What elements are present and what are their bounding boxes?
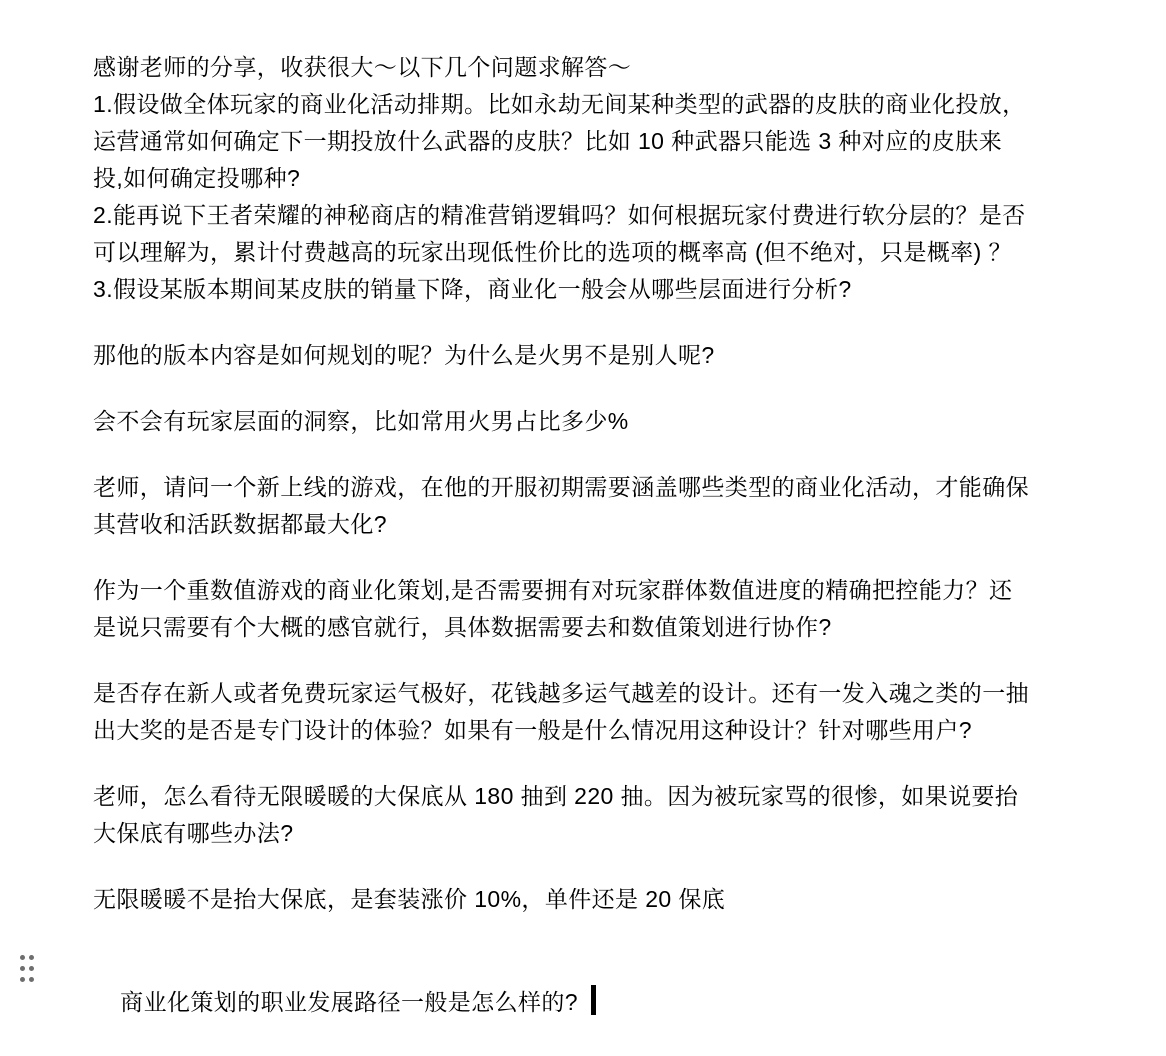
text-cursor: [591, 985, 596, 1015]
text-block[interactable]: 那他的版本内容是如何规划的呢？为什么是火男不是别人呢?: [93, 337, 1030, 374]
text-block[interactable]: 会不会有玩家层面的洞察，比如常用火男占比多少%: [93, 403, 1030, 440]
text-block[interactable]: 无限暖暖不是抬大保底，是套装涨价 10%，单件还是 20 保底: [93, 881, 1030, 918]
text-block[interactable]: 老师，请问一个新上线的游戏，在他的开服初期需要涵盖哪些类型的商业化活动，才能确保…: [93, 469, 1030, 543]
drag-handle-icon[interactable]: [16, 951, 38, 986]
text-block[interactable]: 是否存在新人或者免费玩家运气极好，花钱越多运气越差的设计。还有一发入魂之类的一抽…: [93, 675, 1030, 749]
text-block[interactable]: 感谢老师的分享，收获很大～以下几个问题求解答～ 1.假设做全体玩家的商业化活动排…: [93, 49, 1030, 308]
text-block[interactable]: 老师，怎么看待无限暖暖的大保底从 180 抽到 220 抽。因为被玩家骂的很惨，…: [93, 778, 1030, 852]
text-block-active[interactable]: 商业化策划的职业发展路径一般是怎么样的?: [93, 947, 1030, 1056]
text-block[interactable]: 作为一个重数值游戏的商业化策划,是否需要拥有对玩家群体数值进度的精确把控能力？还…: [93, 572, 1030, 646]
document-canvas: 感谢老师的分享，收获很大～以下几个问题求解答～ 1.假设做全体玩家的商业化活动排…: [0, 0, 1166, 1056]
text-block-text: 商业化策划的职业发展路径一般是怎么样的?: [120, 989, 578, 1015]
